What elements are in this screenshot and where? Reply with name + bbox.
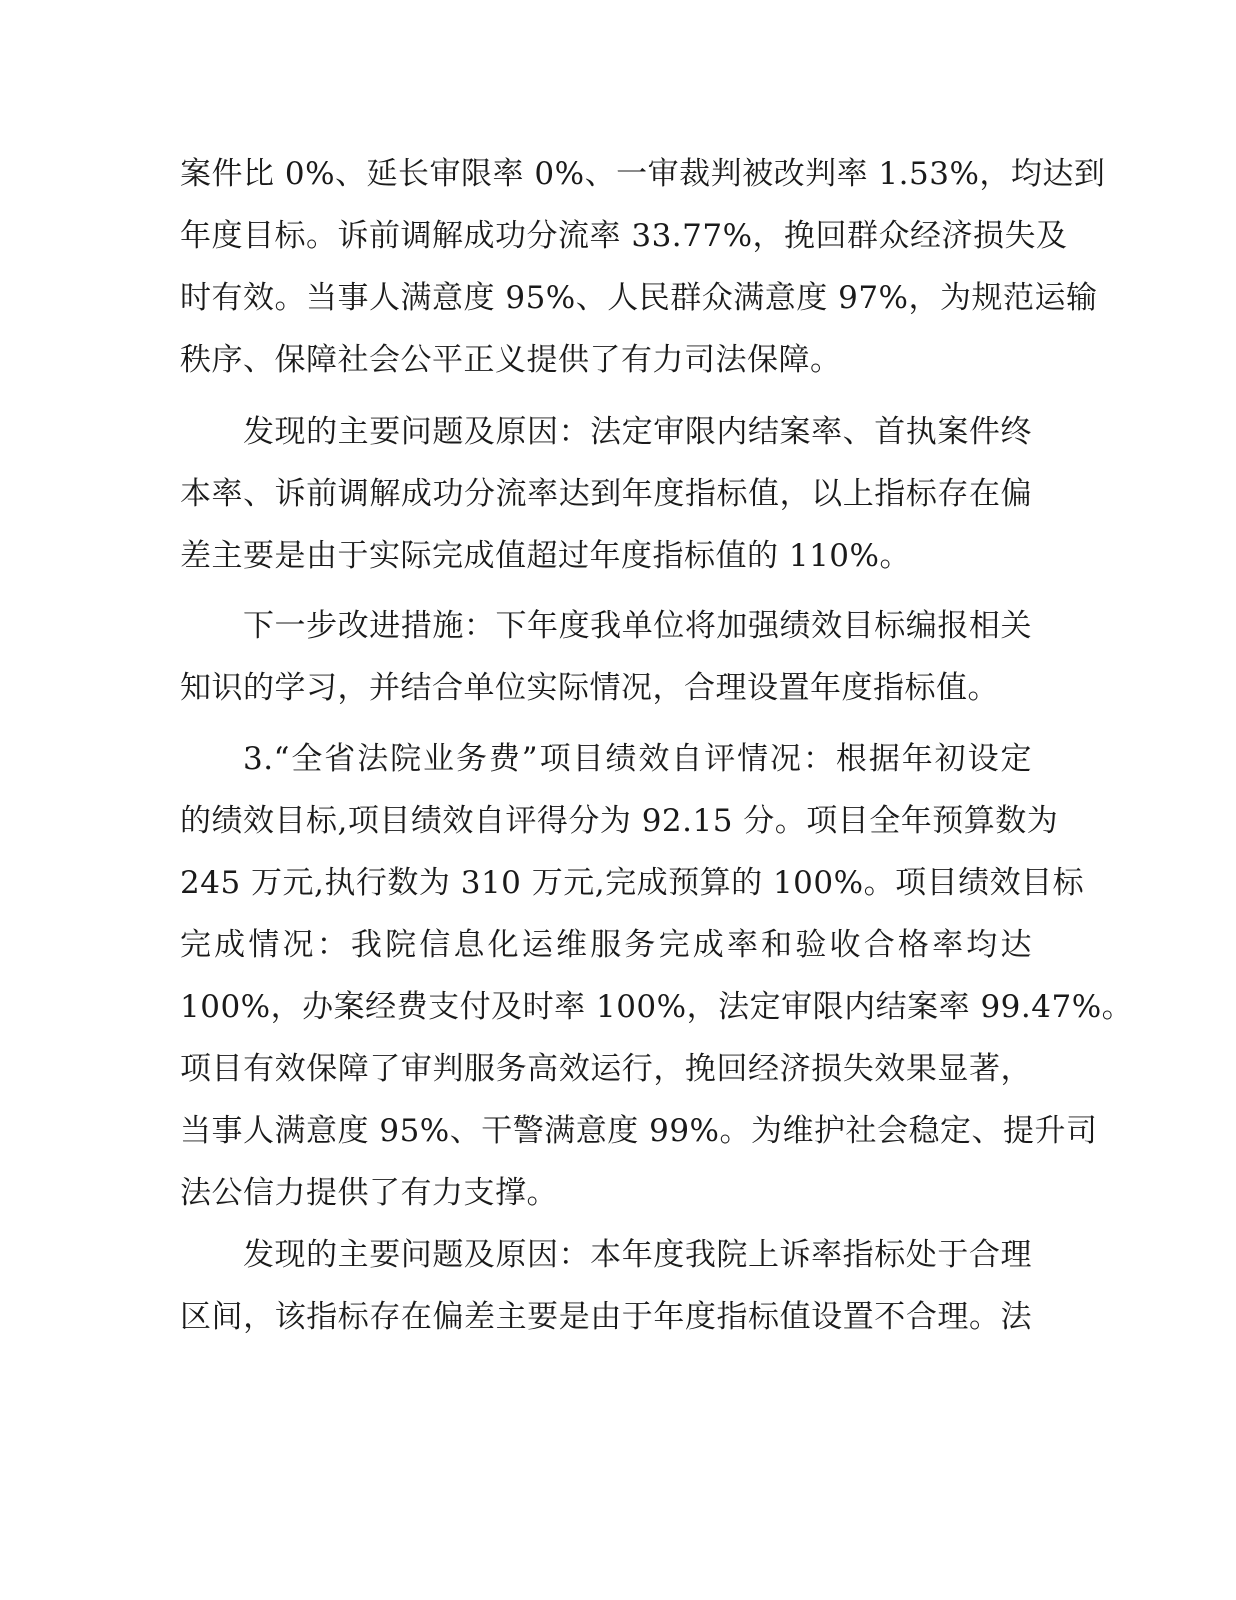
text-line: 秩序、保障社会公平正义提供了有力司法保障。 bbox=[180, 338, 1032, 382]
text-line: 245 万元,执行数为 310 万元,完成预算的 100%。项目绩效目标 bbox=[180, 861, 1032, 905]
text-line: 发现的主要问题及原因：法定审限内结案率、首执案件终 bbox=[243, 410, 1032, 454]
text-line: 100%，办案经费支付及时率 100%，法定审限内结案率 99.47%。 bbox=[180, 985, 1032, 1029]
text-line: 项目有效保障了审判服务高效运行，挽回经济损失效果显著， bbox=[180, 1047, 1032, 1091]
text-line: 法公信力提供了有力支撑。 bbox=[180, 1171, 1032, 1215]
text-line: 的绩效目标,项目绩效自评得分为 92.15 分。项目全年预算数为 bbox=[180, 799, 1032, 843]
text-line: 区间，该指标存在偏差主要是由于年度指标值设置不合理。法 bbox=[180, 1295, 1032, 1339]
text-line: 完成情况：我院信息化运维服务完成率和验收合格率均达 bbox=[180, 923, 1032, 967]
text-line: 本率、诉前调解成功分流率达到年度指标值，以上指标存在偏 bbox=[180, 472, 1032, 516]
text-line: 知识的学习，并结合单位实际情况，合理设置年度指标值。 bbox=[180, 666, 1032, 710]
text-line: 差主要是由于实际完成值超过年度指标值的 110%。 bbox=[180, 534, 1032, 578]
text-line: 案件比 0%、延长审限率 0%、一审裁判被改判率 1.53%，均达到 bbox=[180, 152, 1032, 196]
text-line: 年度目标。诉前调解成功分流率 33.77%，挽回群众经济损失及 bbox=[180, 214, 1032, 258]
text-line: 时有效。当事人满意度 95%、人民群众满意度 97%，为规范运输 bbox=[180, 276, 1032, 320]
text-line: 下一步改进措施：下年度我单位将加强绩效目标编报相关 bbox=[243, 604, 1032, 648]
document-page: 案件比 0%、延长审限率 0%、一审裁判被改判率 1.53%，均达到 年度目标。… bbox=[0, 0, 1236, 1600]
text-line: 3.“全省法院业务费”项目绩效自评情况：根据年初设定 bbox=[243, 737, 1032, 781]
text-line: 发现的主要问题及原因：本年度我院上诉率指标处于合理 bbox=[243, 1233, 1032, 1277]
text-line: 当事人满意度 95%、干警满意度 99%。为维护社会稳定、提升司 bbox=[180, 1109, 1032, 1153]
